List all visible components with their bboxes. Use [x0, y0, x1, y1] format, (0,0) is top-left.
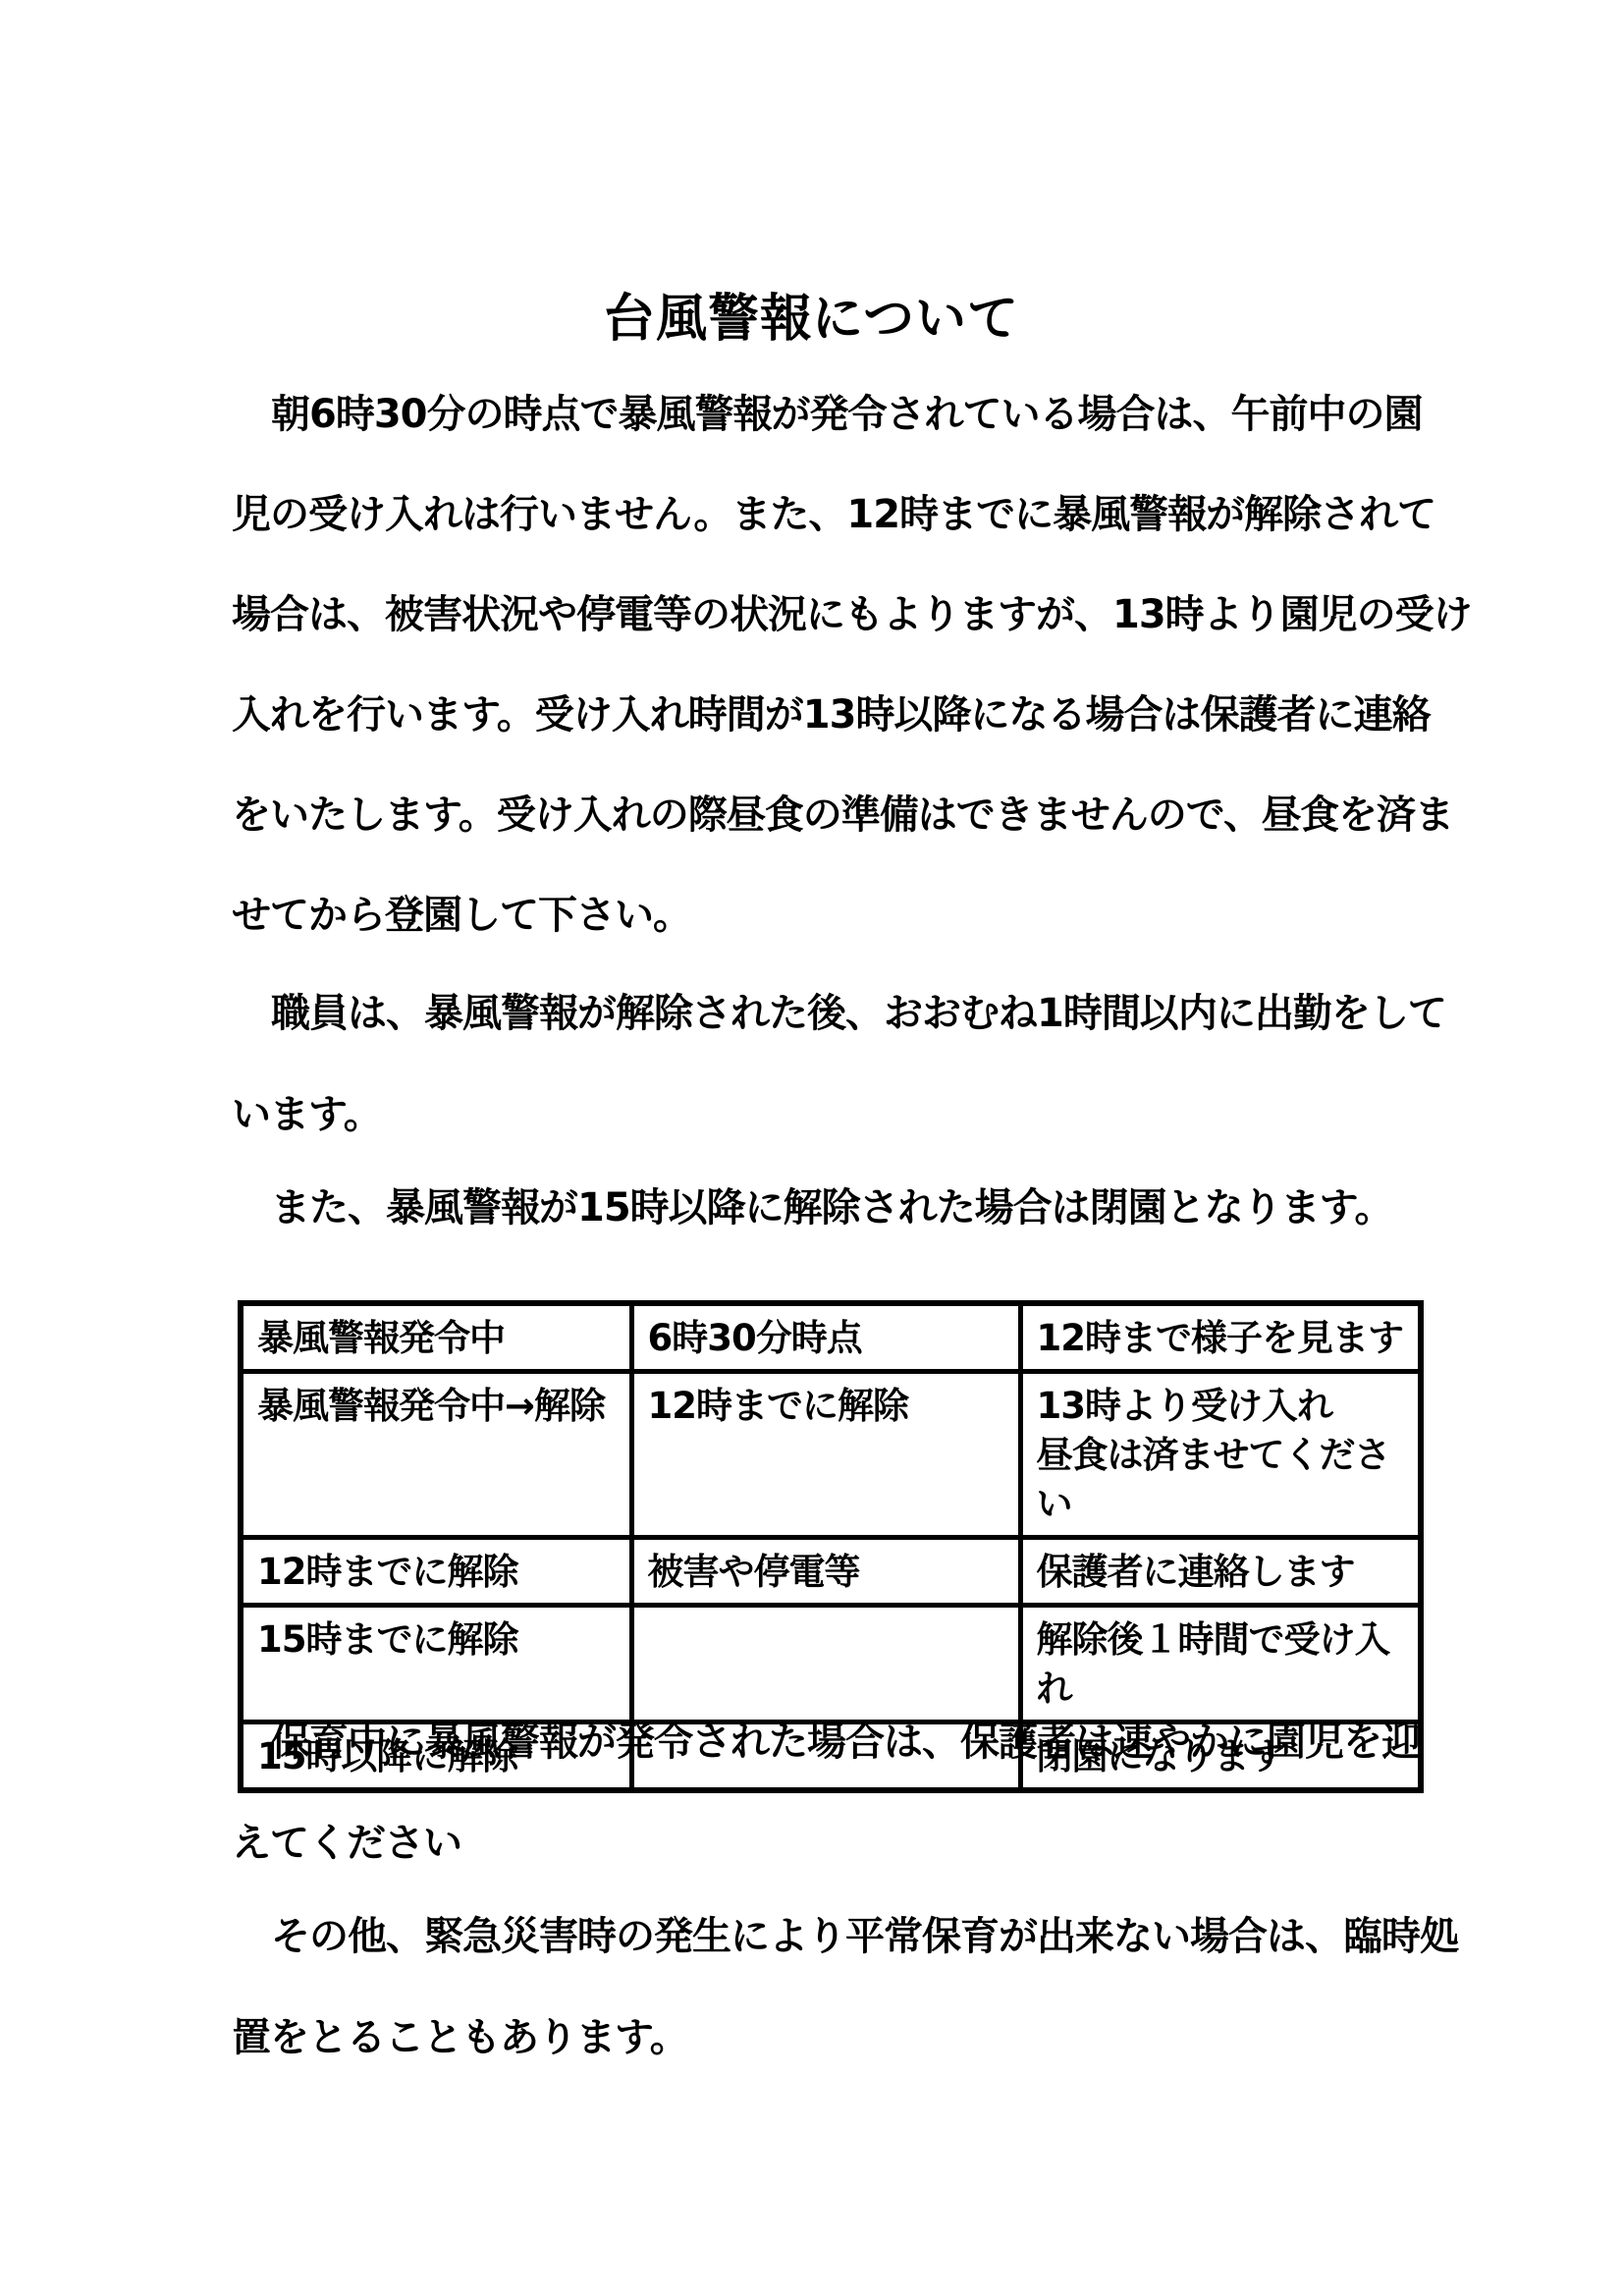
cell-time [631, 1605, 1020, 1722]
cell-time: 被害や停電等 [631, 1537, 1020, 1605]
body-line: 場合は、被害状況や停電等の状況にもよりますが、13時より園児の受け [232, 593, 1472, 636]
body-line: 児の受け入れは行いません。また、12時までに暴風警報が解除されて [232, 493, 1435, 536]
document-page: 台風警報について 朝6時30分の時点で暴風警報が発令されている場合は、午前中の園… [0, 0, 1623, 2296]
body-line: 朝6時30分の時点で暴風警報が発令されている場合は、午前中の園 [271, 393, 1423, 436]
body-line: 入れを行います。受け入れ時間が13時以降になる場合は保護者に連絡 [232, 693, 1430, 737]
body-line: います。 [232, 1093, 382, 1136]
body-line: その他、緊急災害時の発生により平常保育が出来ない場合は、臨時処 [271, 1915, 1458, 1958]
body-line: をいたします。受け入れの際昼食の準備はできませんので、昼食を済ま [232, 793, 1453, 837]
cell-condition: 暴風警報発令中→解除 [241, 1371, 631, 1537]
table-row: 15時までに解除 解除後１時間で受け入れ [241, 1605, 1421, 1722]
body-line: 置をとることもあります。 [232, 2016, 688, 2059]
cell-action: 保護者に連絡します [1020, 1537, 1421, 1605]
document-title: 台風警報について [0, 277, 1623, 351]
body-line: 職員は、暴風警報が解除された後、おおむね1時間以内に出勤をして [271, 992, 1446, 1035]
cell-time: 12時までに解除 [631, 1371, 1020, 1537]
cell-action: 13時より受け入れ 昼食は済ませてください [1020, 1371, 1421, 1537]
cell-condition: 12時までに解除 [241, 1537, 631, 1605]
table-row: 12時までに解除 被害や停電等 保護者に連絡します [241, 1537, 1421, 1605]
body-line: えてください [232, 1822, 461, 1865]
table-row: 暴風警報発令中 6時30分時点 12時まで様子を見ます [241, 1303, 1421, 1371]
table-row: 暴風警報発令中→解除 12時までに解除 13時より受け入れ 昼食は済ませてくださ… [241, 1371, 1421, 1537]
cell-action: 12時まで様子を見ます [1020, 1303, 1421, 1371]
body-line: また、暴風警報が15時以降に解除された場合は閉園となります。 [271, 1186, 1392, 1230]
body-line: 保育中に暴風警報が発令された場合は、保護者は速やかに園児を迎 [271, 1721, 1420, 1764]
cell-time: 6時30分時点 [631, 1303, 1020, 1371]
body-line: せてから登園して下さい。 [232, 894, 691, 937]
cell-condition: 15時までに解除 [241, 1605, 631, 1722]
cell-action: 解除後１時間で受け入れ [1020, 1605, 1421, 1722]
cell-condition: 暴風警報発令中 [241, 1303, 631, 1371]
